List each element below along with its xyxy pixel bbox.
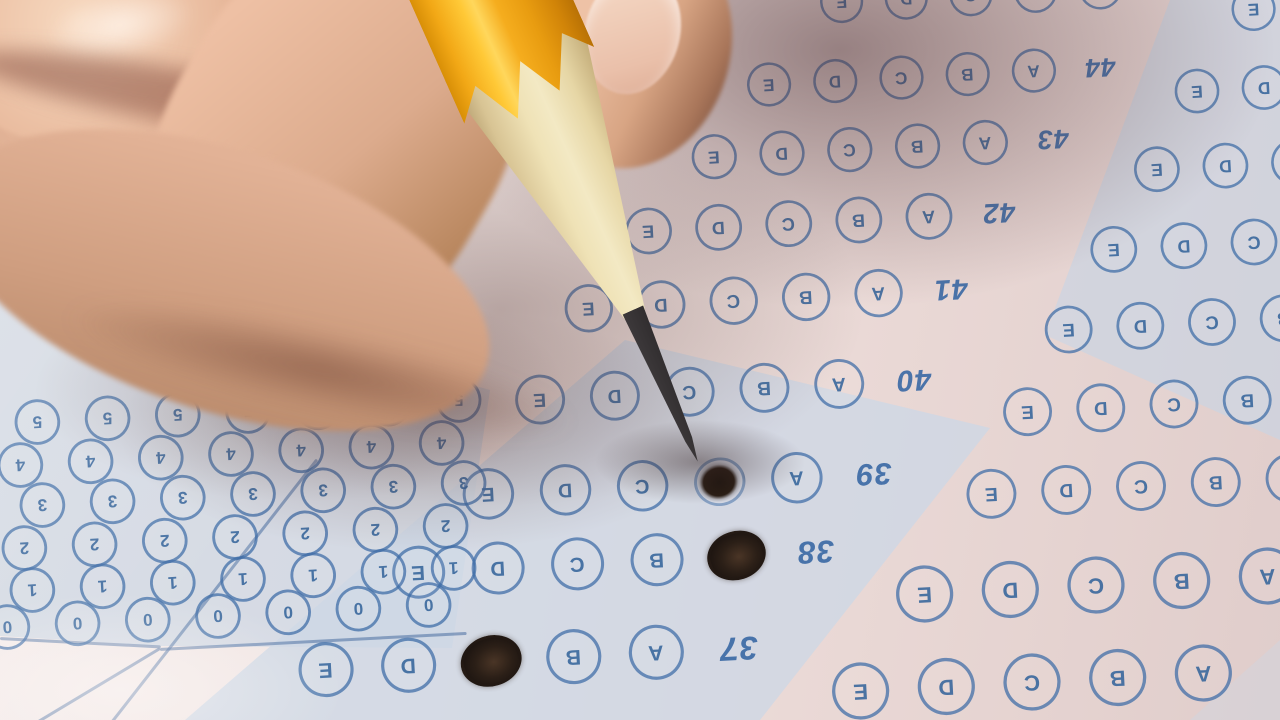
bubble-E: E	[895, 564, 955, 624]
bubble-E: E	[745, 61, 791, 107]
bubble-E: E	[965, 468, 1017, 520]
answer-row-partial: ABCDE	[831, 643, 1234, 720]
bubble-C: C	[1115, 460, 1167, 512]
bubble-C: C	[764, 199, 813, 248]
question-number: 42	[982, 196, 1016, 230]
bubble-D: D	[812, 58, 858, 104]
bubble-A: A	[904, 192, 953, 241]
question-number: 40	[895, 362, 932, 398]
bubble-B: B	[780, 272, 831, 323]
answer-row: 44ABCDE	[745, 44, 1116, 107]
fingertip	[0, 0, 292, 178]
bubble-B: B	[944, 51, 990, 97]
bubble-D: D	[916, 656, 976, 716]
bubble-B: B	[1152, 550, 1212, 610]
bubble-D: D	[1075, 382, 1126, 433]
bubble-A: A	[1078, 0, 1123, 11]
bubble-B: B	[1190, 456, 1242, 508]
bubble-B: B	[1088, 647, 1148, 707]
bubble-D: D	[758, 129, 806, 177]
answer-sheet-photo: 37ABCDE38ABCDE39ABCDE40ABCDE41ABCDE42ABC…	[0, 0, 1280, 720]
bubble-E: E	[819, 0, 864, 24]
bubble-C: C	[1002, 652, 1062, 712]
bubble-C: C	[1066, 555, 1126, 615]
bubble-D: D	[980, 559, 1040, 619]
answer-row-partial: ABCDE	[965, 452, 1280, 520]
answer-row-partial: ABCDE	[895, 546, 1280, 624]
answer-row: 43ABCDE	[690, 116, 1070, 181]
question-number: 43	[1036, 122, 1069, 155]
bubble-B: B	[834, 195, 883, 244]
bubble-D: D	[694, 203, 743, 252]
fingertip-highlight	[39, 0, 200, 75]
bubble-E: E	[690, 133, 738, 181]
bubble-C: C	[826, 126, 874, 174]
answer-row: ABCDE	[819, 0, 1151, 24]
bubble-A: A	[961, 119, 1009, 167]
bubble-D: D	[1040, 464, 1092, 516]
bubble-D: D	[884, 0, 929, 21]
bubble-C: C	[878, 54, 924, 100]
question-number: 41	[933, 272, 969, 307]
bubble-A: A	[1237, 546, 1280, 606]
bubble-E: E	[831, 661, 891, 720]
bubble-A: A	[1264, 452, 1280, 504]
bubble-A: A	[1010, 47, 1056, 93]
bubble-C: C	[948, 0, 993, 17]
bubble-A: A	[853, 268, 904, 319]
bubble-E: E	[1002, 386, 1053, 437]
bubble-B: B	[1013, 0, 1058, 14]
bubble-B: B	[893, 122, 941, 170]
question-number: 44	[1084, 51, 1117, 83]
finger-crease	[0, 33, 401, 161]
